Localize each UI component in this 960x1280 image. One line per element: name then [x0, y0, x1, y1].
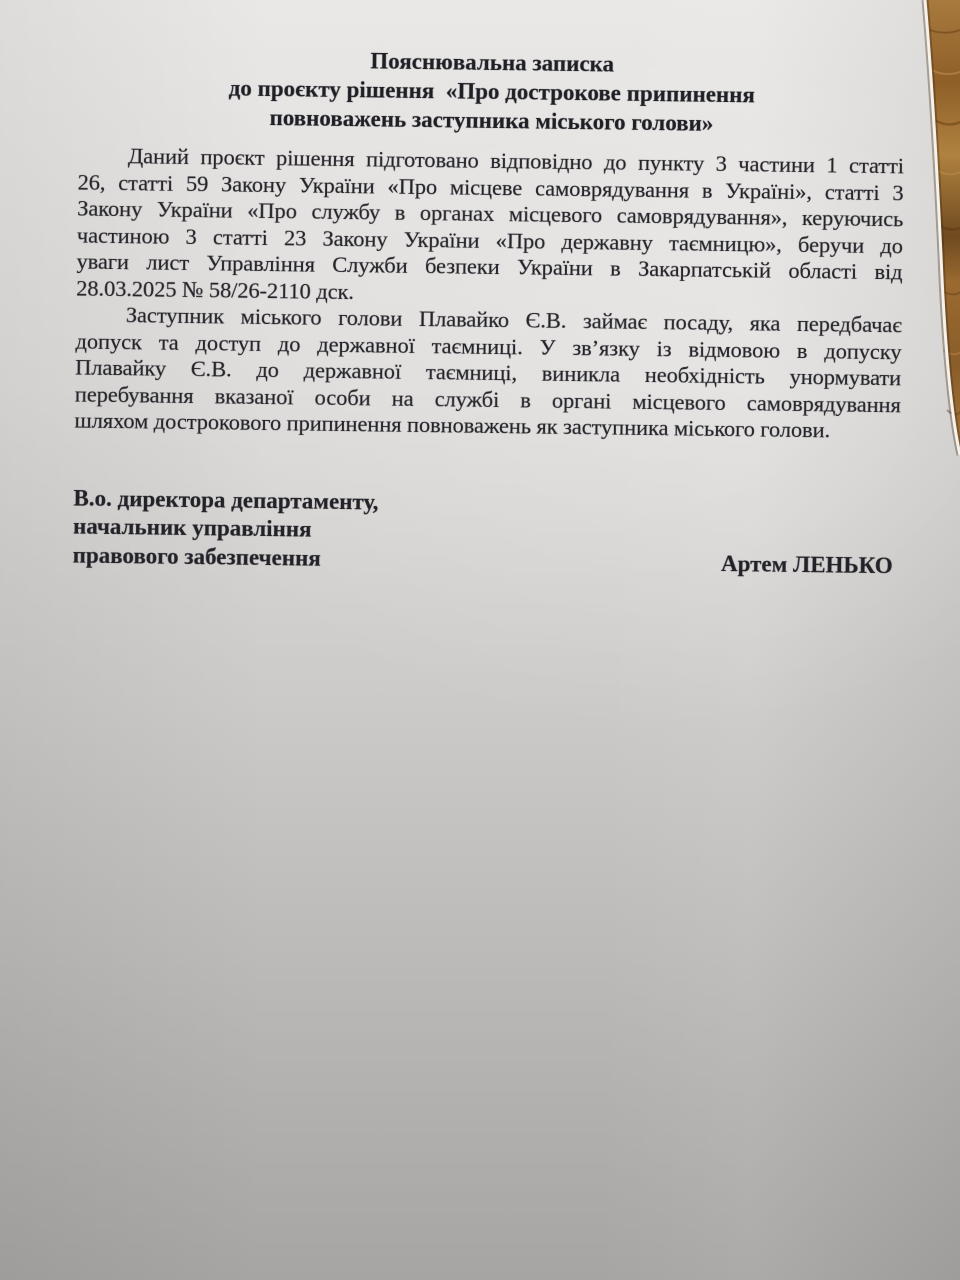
- document-body: Даний проєкт рішення підготовано відпові…: [74, 143, 904, 445]
- signature-block: В.о. директора департаменту, начальник у…: [73, 484, 900, 580]
- paragraph-2: Заступник міського голови Плавайко Є.В. …: [74, 301, 902, 444]
- paragraph-1: Даний проєкт рішення підготовано відпові…: [76, 143, 904, 313]
- desk-surface: [880, 0, 960, 470]
- document-photo: Пояснювальна записка до проєкту рішення …: [0, 0, 960, 1280]
- signer-position-line: правового забезпечення: [73, 541, 321, 573]
- paper-sheet: Пояснювальна записка до проєкту рішення …: [0, 0, 960, 581]
- document-title: Пояснювальна записка до проєкту рішення …: [78, 43, 905, 141]
- signer-name: Артем ЛЕНЬКО: [721, 549, 899, 580]
